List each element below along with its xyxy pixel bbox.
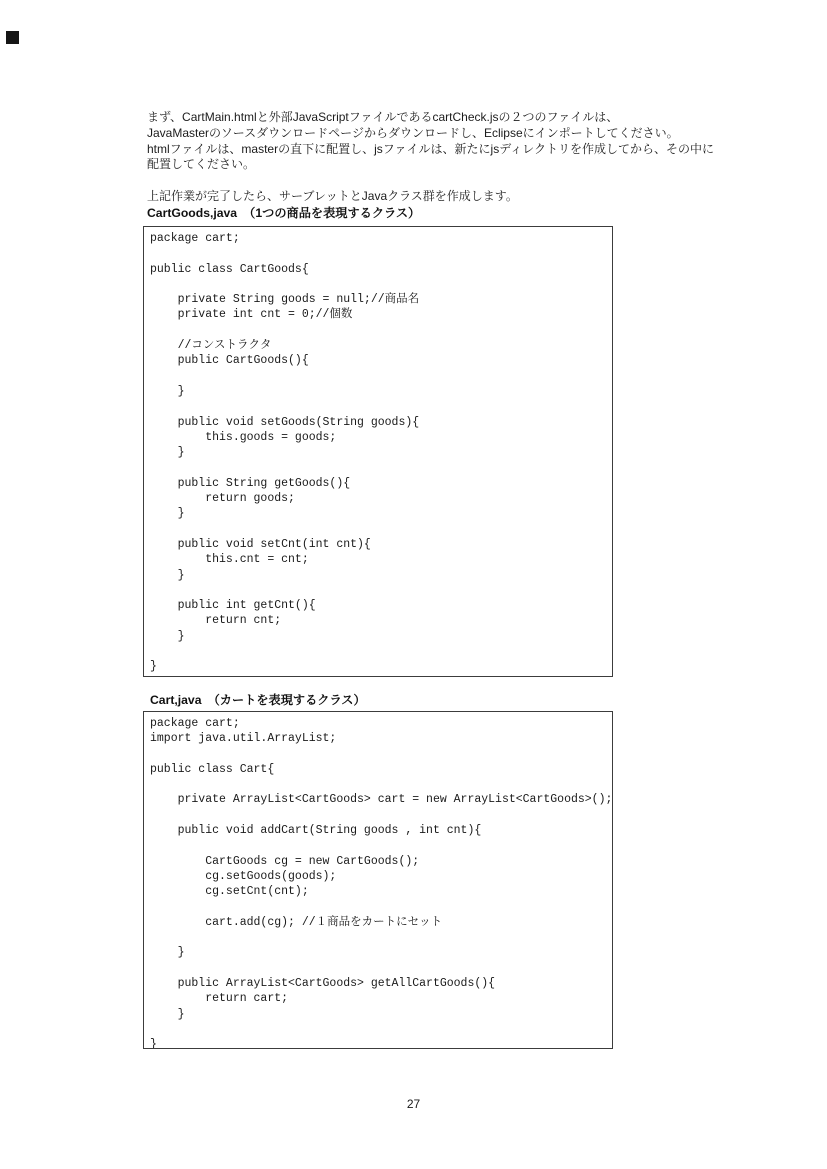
code-box-cartgoods-java: package cart; public class CartGoods{ pr… bbox=[143, 226, 613, 677]
page-number: 27 bbox=[0, 1097, 827, 1111]
section-title-cartgoods-java: CartGoods,java （1つの商品を表現するクラス） bbox=[147, 204, 420, 221]
code-box-cart-java: package cart; import java.util.ArrayList… bbox=[143, 711, 613, 1049]
setup-note: 上記作業が完了したら、サーブレットとJavaクラス群を作成します。 bbox=[147, 189, 747, 205]
code-listing-cartgoods: package cart; public class CartGoods{ pr… bbox=[144, 227, 612, 675]
intro-paragraph: まず、CartMain.htmlと外部JavaScriptファイルであるcart… bbox=[147, 110, 747, 173]
corner-mark bbox=[6, 31, 19, 44]
code-listing-cart: package cart; import java.util.ArrayList… bbox=[144, 712, 612, 1049]
document-page: まず、CartMain.htmlと外部JavaScriptファイルであるcart… bbox=[0, 0, 827, 1169]
section-title-cart-java: Cart,java （カートを表現するクラス） bbox=[150, 691, 366, 708]
